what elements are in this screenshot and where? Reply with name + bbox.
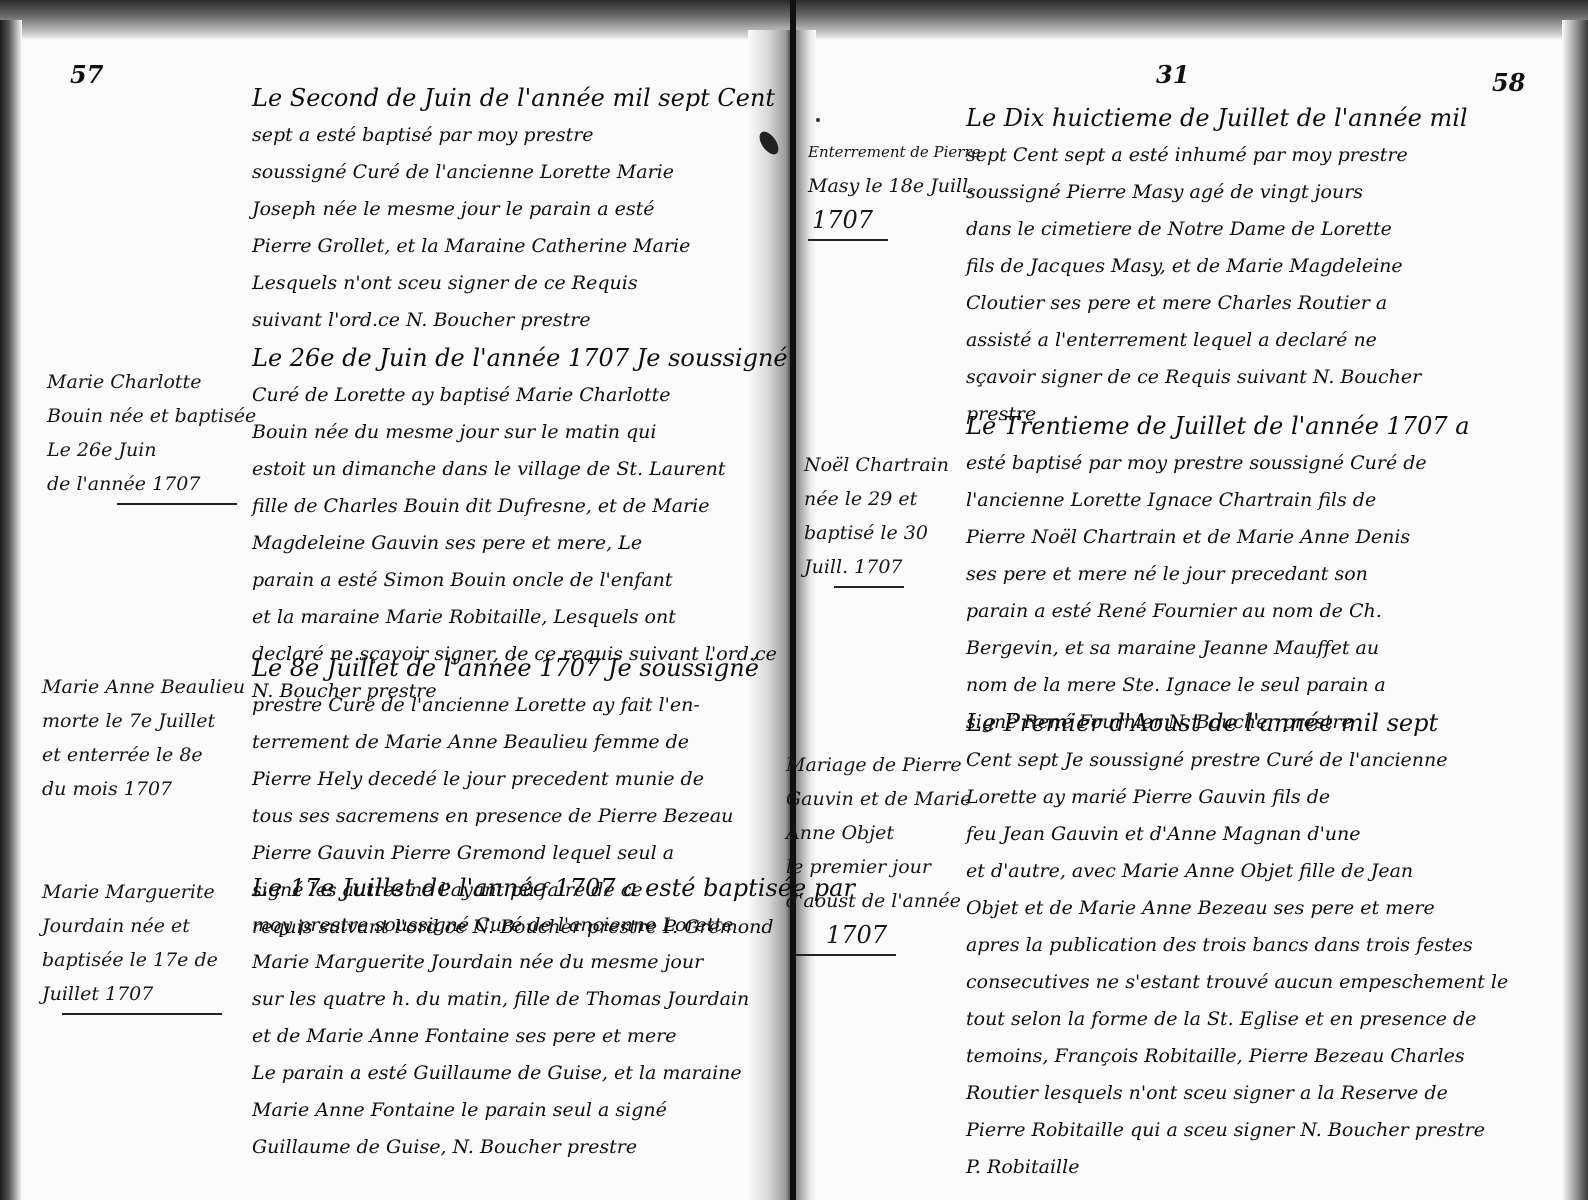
entry-line: Le Trentieme de Juillet de l'année 1707 … [966, 408, 1470, 445]
entry-line: prestre Curé de l'ancienne Lorette ay fa… [252, 687, 774, 724]
entry-line: et la maraine Marie Robitaille, Lesquels… [252, 599, 788, 636]
margin-line: du mois 1707 [42, 772, 245, 806]
margin-line: Gauvin et de Marie [786, 782, 971, 816]
underline-rule [796, 954, 896, 956]
margin-note: Marie Anne Beaulieu morte le 7e Juillet … [42, 670, 245, 806]
entry-line: Pierre Robitaille qui a sceu signer N. B… [966, 1112, 1508, 1149]
margin-line: baptisé le 30 [804, 516, 949, 550]
margin-line: et enterrée le 8e [42, 738, 245, 772]
entry-line: apres la publication des trois bancs dan… [966, 927, 1508, 964]
entry-line: Marie Anne Fontaine le parain seul a sig… [252, 1092, 855, 1129]
margin-line: d'aoust de l'année [786, 884, 971, 918]
entry-line: Le 17e Juillet de l'année 1707 a esté ba… [252, 870, 855, 907]
margin-line: le premier jour [786, 850, 971, 884]
margin-line: Anne Objet [786, 816, 971, 850]
entry-line: Le Dix huictieme de Juillet de l'année m… [966, 100, 1468, 137]
margin-line: 1707 [808, 203, 981, 237]
entry-line: suivant l'ord.ce N. Boucher prestre [252, 302, 775, 339]
margin-line: morte le 7e Juillet [42, 704, 245, 738]
margin-line: née le 29 et [804, 482, 949, 516]
margin-line: Noël Chartrain [804, 448, 949, 482]
entry-line: Pierre Gauvin Pierre Gremond lequel seul… [252, 835, 774, 872]
entry-line: moy prestre soussigné Curé de l'ancienne… [252, 907, 855, 944]
entry-line: tous ses sacremens en presence de Pierre… [252, 798, 774, 835]
entry-line: Bergevin, et sa maraine Jeanne Mauffet a… [966, 630, 1470, 667]
margin-line: Marie Marguerite [42, 875, 222, 909]
entry-line: Objet et de Marie Anne Bezeau ses pere e… [966, 890, 1508, 927]
entry-line: Routier lesquels n'ont sceu signer a la … [966, 1075, 1508, 1112]
margin-line: 1707 [786, 918, 971, 952]
entry-line: esté baptisé par moy prestre soussigné C… [966, 445, 1470, 482]
register-entry: Le Premier d'Aoust de l'année mil sept C… [966, 705, 1508, 1186]
entry-line: Marie Marguerite Jourdain née du mesme j… [252, 944, 855, 981]
folio-number-center: 31 [1156, 60, 1189, 89]
register-entry: Le Dix huictieme de Juillet de l'année m… [966, 100, 1468, 433]
entry-line: Pierre Grollet, et la Maraine Catherine … [252, 228, 775, 265]
book-right-edge [1562, 20, 1588, 1200]
entry-line: estoit un dimanche dans le village de St… [252, 451, 788, 488]
register-entry: Le Second de Juin de l'année mil sept Ce… [252, 80, 775, 339]
entry-line: feu Jean Gauvin et d'Anne Magnan d'une [966, 816, 1508, 853]
entry-line: Cent sept Je soussigné prestre Curé de l… [966, 742, 1508, 779]
signature: P. Robitaille [966, 1149, 1508, 1186]
entry-line: Le Second de Juin de l'année mil sept Ce… [252, 80, 775, 117]
entry-line: sçavoir signer de ce Requis suivant N. B… [966, 359, 1468, 396]
entry-line: Pierre Noël Chartrain et de Marie Anne D… [966, 519, 1470, 556]
register-entry: Le 17e Juillet de l'année 1707 a esté ba… [252, 870, 855, 1166]
ink-speck [816, 118, 820, 122]
margin-line: Bouin née et baptisée [47, 399, 256, 433]
entry-line: dans le cimetiere de Notre Dame de Loret… [966, 211, 1468, 248]
margin-line: Masy le 18e Juill. [808, 169, 981, 203]
margin-line: Jourdain née et [42, 909, 222, 943]
register-entry: Le Trentieme de Juillet de l'année 1707 … [966, 408, 1470, 741]
margin-line: Marie Charlotte [47, 365, 256, 399]
entry-line: sept a esté baptisé par moy prestre [252, 117, 775, 154]
margin-note: Enterrement de Pierre Masy le 18e Juill.… [808, 135, 981, 241]
entry-line: assisté a l'enterrement lequel a declaré… [966, 322, 1468, 359]
entry-line: Guillaume de Guise, N. Boucher prestre [252, 1129, 855, 1166]
entry-line: Magdeleine Gauvin ses pere et mere, Le [252, 525, 788, 562]
left-page: 57 Le Second de Juin de l'année mil sept… [22, 40, 748, 1200]
margin-line: de l'année 1707 [47, 467, 256, 501]
entry-line: Le 8e Juillet de l'année 1707 Je soussig… [252, 650, 774, 687]
entry-line: tout selon la forme de la St. Eglise et … [966, 1001, 1508, 1038]
entry-line: Le parain a esté Guillaume de Guise, et … [252, 1055, 855, 1092]
entry-line: Le 26e de Juin de l'année 1707 Je soussi… [252, 340, 788, 377]
entry-line: Joseph née le mesme jour le parain a est… [252, 191, 775, 228]
underline-rule [808, 239, 888, 241]
entry-line: fils de Jacques Masy, et de Marie Magdel… [966, 248, 1468, 285]
margin-note: Mariage de Pierre Gauvin et de Marie Ann… [786, 748, 971, 956]
underline-rule [834, 586, 904, 588]
book-left-edge [0, 20, 22, 1200]
entry-line: Lesquels n'ont sceu signer de ce Requis [252, 265, 775, 302]
entry-line: ses pere et mere né le jour precedant so… [966, 556, 1470, 593]
entry-line: consecutives ne s'estant trouvé aucun em… [966, 964, 1508, 1001]
margin-line: baptisée le 17e de [42, 943, 222, 977]
entry-line: Curé de Lorette ay baptisé Marie Charlot… [252, 377, 788, 414]
margin-line: Juillet 1707 [42, 977, 222, 1011]
margin-line: Marie Anne Beaulieu [42, 670, 245, 704]
entry-line: Cloutier ses pere et mere Charles Routie… [966, 285, 1468, 322]
margin-note: Marie Marguerite Jourdain née et baptisé… [42, 875, 222, 1015]
entry-line: fille de Charles Bouin dit Dufresne, et … [252, 488, 788, 525]
entry-line: l'ancienne Lorette Ignace Chartrain fils… [966, 482, 1470, 519]
margin-note: Marie Charlotte Bouin née et baptisée Le… [47, 365, 256, 505]
entry-line: sur les quatre h. du matin, fille de Tho… [252, 981, 855, 1018]
entry-line: temoins, François Robitaille, Pierre Bez… [966, 1038, 1508, 1075]
entry-line: et de Marie Anne Fontaine ses pere et me… [252, 1018, 855, 1055]
entry-line: Le Premier d'Aoust de l'année mil sept [966, 705, 1508, 742]
entry-line: soussigné Pierre Masy agé de vingt jours [966, 174, 1468, 211]
entry-line: Bouin née du mesme jour sur le matin qui [252, 414, 788, 451]
underline-rule [62, 1013, 222, 1015]
entry-line: nom de la mere Ste. Ignace le seul parai… [966, 667, 1470, 704]
entry-line: Lorette ay marié Pierre Gauvin fils de [966, 779, 1508, 816]
margin-note: Noël Chartrain née le 29 et baptisé le 3… [804, 448, 949, 588]
entry-line: parain a esté Simon Bouin oncle de l'enf… [252, 562, 788, 599]
register-spread: 57 Le Second de Juin de l'année mil sept… [0, 0, 1588, 1200]
entry-line: terrement de Marie Anne Beaulieu femme d… [252, 724, 774, 761]
underline-rule [117, 503, 237, 505]
entry-line: et d'autre, avec Marie Anne Objet fille … [966, 853, 1508, 890]
entry-line: sept Cent sept a esté inhumé par moy pre… [966, 137, 1468, 174]
folio-number: 58 [1492, 68, 1525, 97]
folio-number: 57 [70, 60, 103, 89]
entry-line: soussigné Curé de l'ancienne Lorette Mar… [252, 154, 775, 191]
entry-line: Pierre Hely decedé le jour precedent mun… [252, 761, 774, 798]
margin-line: Enterrement de Pierre [808, 135, 981, 169]
right-page: 31 58 Enterrement de Pierre Masy le 18e … [816, 40, 1562, 1200]
margin-line: Le 26e Juin [47, 433, 256, 467]
margin-line: Mariage de Pierre [786, 748, 971, 782]
entry-line: parain a esté René Fournier au nom de Ch… [966, 593, 1470, 630]
margin-line: Juill. 1707 [804, 550, 949, 584]
